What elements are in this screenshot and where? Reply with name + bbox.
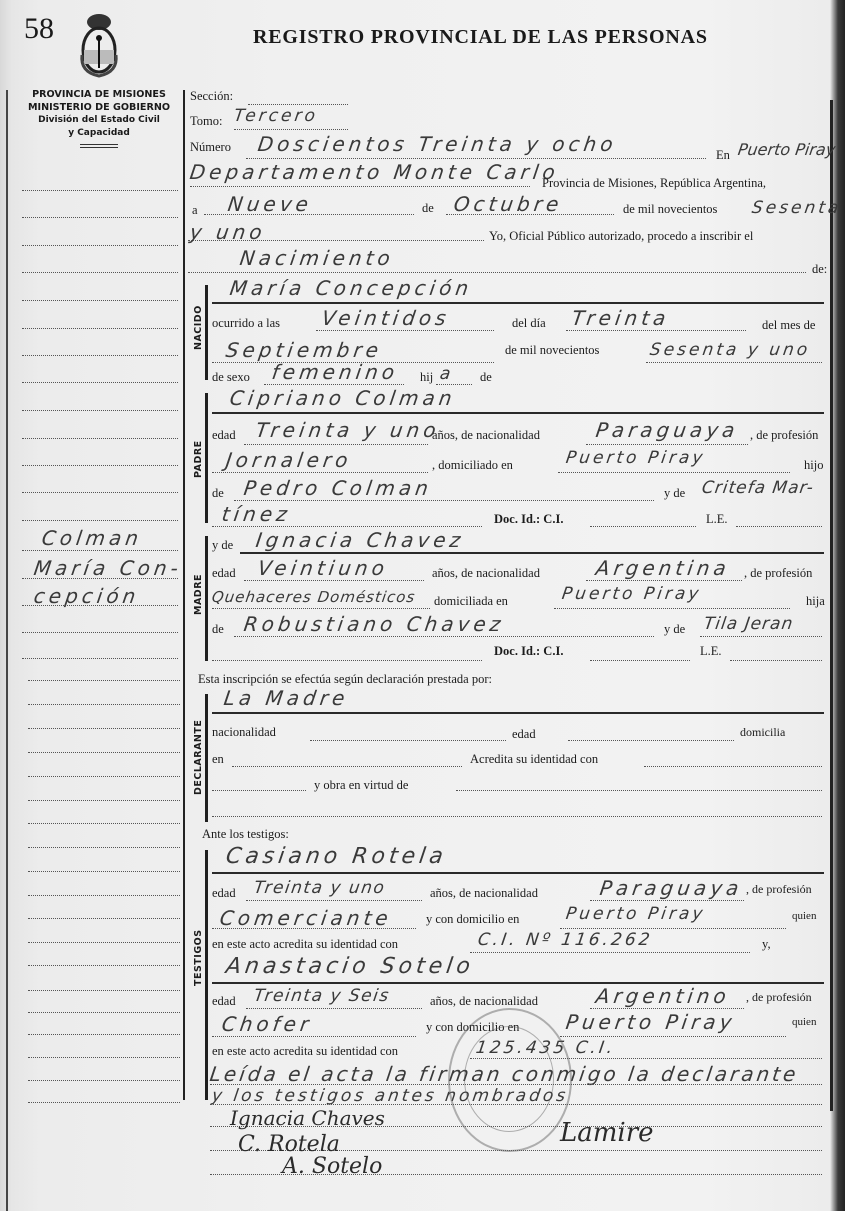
madre-y-de-label: y de <box>212 538 233 553</box>
padre-de-madre: Robustiano Chavez <box>242 612 506 636</box>
madre-domicilio-value: Puerto Piray <box>561 584 703 604</box>
madre-profesion-value: Quehaceres Domésticos <box>211 588 417 606</box>
en-value: Puerto Piray <box>737 140 837 159</box>
hijo-label: hijo <box>804 458 823 473</box>
declarante-section-label: DECLARANTE <box>193 720 204 795</box>
declarante-en-label: en <box>212 752 224 767</box>
declarante-intro: Esta inscripción se efectúa según declar… <box>198 672 492 687</box>
sexo-label: de sexo <box>212 370 250 385</box>
declarante-bar <box>205 694 208 822</box>
testigos-section-label: TESTIGOS <box>193 929 204 986</box>
hora-value: Veintidos <box>320 306 451 330</box>
padre-anios-label: años, de nacionalidad <box>432 428 540 443</box>
testigo-1-y-label: y, <box>762 937 771 952</box>
margin-note-line-1: Colman <box>40 526 144 550</box>
testigo-2-profesion-label: , de profesión <box>746 990 812 1005</box>
testigo-1-edad-value: Treinta y uno <box>253 878 387 898</box>
padre-y-de-label: y de <box>664 486 685 501</box>
padre-nacionalidad-value: Paraguaya <box>594 418 740 442</box>
padre-doc-label: Doc. Id.: C.I. <box>494 512 563 527</box>
signature-declarante: Ignacia Chaves <box>230 1106 385 1130</box>
signature-oficial: Lamire <box>560 1118 654 1148</box>
official-seal-icon <box>448 1008 572 1152</box>
hij-value: a <box>439 364 455 384</box>
testigos-bar <box>205 850 208 1100</box>
madre-profesion-label: , de profesión <box>744 566 812 581</box>
testigo-1-domicilio-value: Puerto Piray <box>565 904 707 924</box>
domiciliado-label: , domiciliado en <box>432 458 513 473</box>
padre-de-label: de <box>212 486 224 501</box>
testigo-2-nacionalidad-value: Argentino <box>594 984 731 1008</box>
madre-edad-value: Veintiuno <box>256 556 389 580</box>
testigo-1-acredita-value: C.I. Nº 116.262 <box>477 930 654 950</box>
madre-le-label: L.E. <box>700 644 722 659</box>
testigo-2-edad-label: edad <box>212 994 236 1009</box>
numero-value: Doscientos Treinta y ocho <box>256 132 618 156</box>
madre-de-padre-2: tínez <box>220 502 292 526</box>
nacido-anio-value: Sesenta y uno <box>649 340 812 360</box>
madre-doc-label: Doc. Id.: C.I. <box>494 644 563 659</box>
testigos-intro: Ante los testigos: <box>202 827 289 842</box>
testigo-2-anios-label: años, de nacionalidad <box>430 994 538 1009</box>
padre-le-label: L.E. <box>706 512 728 527</box>
a-label: a <box>192 203 198 218</box>
ministry-line: MINISTERIO DE GOBIERNO <box>24 101 174 114</box>
madre-de-label: de <box>212 622 224 637</box>
nacido-nombre: María Concepción <box>228 276 474 300</box>
division-line-2: y Capacidad <box>24 127 174 140</box>
testigo-2-domicilio-value: Puerto Piray <box>564 1010 737 1034</box>
nacido-section-label: NACIDO <box>193 305 204 350</box>
testigo-2-quien-label: quien <box>792 1016 816 1028</box>
madre-nombre: Ignacia Chavez <box>254 528 466 552</box>
left-border <box>6 90 8 1211</box>
testigo-1-edad-label: edad <box>212 886 236 901</box>
testigo-1-quien-label: quien <box>792 910 816 922</box>
nacido-bar <box>205 285 208 380</box>
padre-domicilio-value: Puerto Piray <box>565 448 707 468</box>
testigo-1-nacionalidad-value: Paraguaya <box>598 876 744 900</box>
padre-bar <box>205 393 208 523</box>
testigo-1-profesion-value: Comerciante <box>218 906 393 930</box>
testigo-1-acredita-label: en este acto acredita su identidad con <box>212 937 398 952</box>
mes-value: Septiembre <box>224 338 383 362</box>
tomo-value: Tercero <box>233 106 320 126</box>
nacido-de-label: de <box>480 370 492 385</box>
declarante-edad-label: edad <box>512 727 536 742</box>
margin-note-line-2: María Con- <box>32 556 183 580</box>
acredita-label: Acredita su identidad con <box>470 752 598 767</box>
sexo-value: femenino <box>270 360 400 384</box>
right-border <box>830 100 833 1111</box>
dia-value: Treinta <box>570 306 671 330</box>
oficial-text: Yo, Oficial Público autorizado, procedo … <box>489 229 753 244</box>
padre-de-padre: Pedro Colman <box>242 476 433 500</box>
domicilia-label: domicilia <box>740 725 785 740</box>
madre-bar <box>205 536 208 661</box>
province-line: PROVINCIA DE MISIONES <box>24 88 174 101</box>
madre-edad-label: edad <box>212 566 236 581</box>
division-line: División del Estado Civil <box>24 114 174 127</box>
mil-label-2: de mil novecientos <box>505 343 599 358</box>
registry-page: 58 REGISTRO PROVINCIAL DE LAS PERSONAS P… <box>0 0 845 1211</box>
margin-note-line-3: cepción <box>32 584 141 608</box>
hij-label: hij <box>420 370 433 385</box>
del-dia-label: del día <box>512 316 546 331</box>
issuing-office: PROVINCIA DE MISIONES MINISTERIO DE GOBI… <box>24 88 174 148</box>
del-mes-label: del mes de <box>762 318 815 333</box>
madre-de-madre: Tila Jeran <box>703 614 795 634</box>
testigo-1-nombre: Casiano Rotela <box>224 844 448 869</box>
madre-de-padre-1: Critefa Mar- <box>701 478 816 498</box>
de-colon: de: <box>812 262 827 277</box>
argentina-coat-of-arms-icon <box>76 10 122 80</box>
mil-label: de mil novecientos <box>623 202 717 217</box>
anio-value-1: Sesenta <box>751 198 843 218</box>
signature-testigo-2: A. Sotelo <box>282 1154 382 1179</box>
page-number: 58 <box>24 12 54 46</box>
tomo-label: Tomo: <box>190 114 222 129</box>
declarante-nombre: La Madre <box>222 686 350 710</box>
provincia-text: Provincia de Misiones, República Argenti… <box>542 176 766 191</box>
seccion-label: Sección: <box>190 89 233 104</box>
mes-value: Octubre <box>452 192 564 216</box>
numero-label: Número <box>190 140 231 155</box>
padre-edad-value: Treinta y uno <box>254 418 441 442</box>
testigo-2-acredita-label: en este acto acredita su identidad con <box>212 1044 398 1059</box>
page-title: REGISTRO PROVINCIAL DE LAS PERSONAS <box>253 26 708 49</box>
testigo-1-domicilio-label: y con domicilio en <box>426 912 519 927</box>
padre-profesion-label: , de profesión <box>750 428 818 443</box>
testigo-2-profesion-value: Chofer <box>220 1012 314 1036</box>
de-label: de <box>422 201 434 216</box>
testigo-2-edad-value: Treinta y Seis <box>253 986 392 1006</box>
madre-y-de-label-2: y de <box>664 622 685 637</box>
declarante-nacionalidad-label: nacionalidad <box>212 725 276 740</box>
madre-anios-label: años, de nacionalidad <box>432 566 540 581</box>
padre-section-label: PADRE <box>193 440 204 478</box>
testigo-1-anios-label: años, de nacionalidad <box>430 886 538 901</box>
madre-section-label: MADRE <box>193 574 204 615</box>
madre-nacionalidad-value: Argentina <box>594 556 731 580</box>
padre-profesion-value: Jornalero <box>224 448 353 472</box>
testigo-2-nombre: Anastacio Sotelo <box>224 954 475 979</box>
domiciliada-label: domiciliada en <box>434 594 508 609</box>
column-divider <box>183 90 185 1100</box>
hija-label: hija <box>806 594 825 609</box>
acto-value: Nacimiento <box>238 246 395 270</box>
en-label: En <box>716 148 730 163</box>
dia-value: Nueve <box>226 192 313 216</box>
departamento-value: Departamento Monte Carlo <box>188 160 560 184</box>
ocurrido-label: ocurrido a las <box>212 316 280 331</box>
obra-label: y obra en virtud de <box>314 778 408 793</box>
padre-edad-label: edad <box>212 428 236 443</box>
padre-nombre: Cipriano Colman <box>228 386 457 410</box>
testigo-1-profesion-label: , de profesión <box>746 882 812 897</box>
